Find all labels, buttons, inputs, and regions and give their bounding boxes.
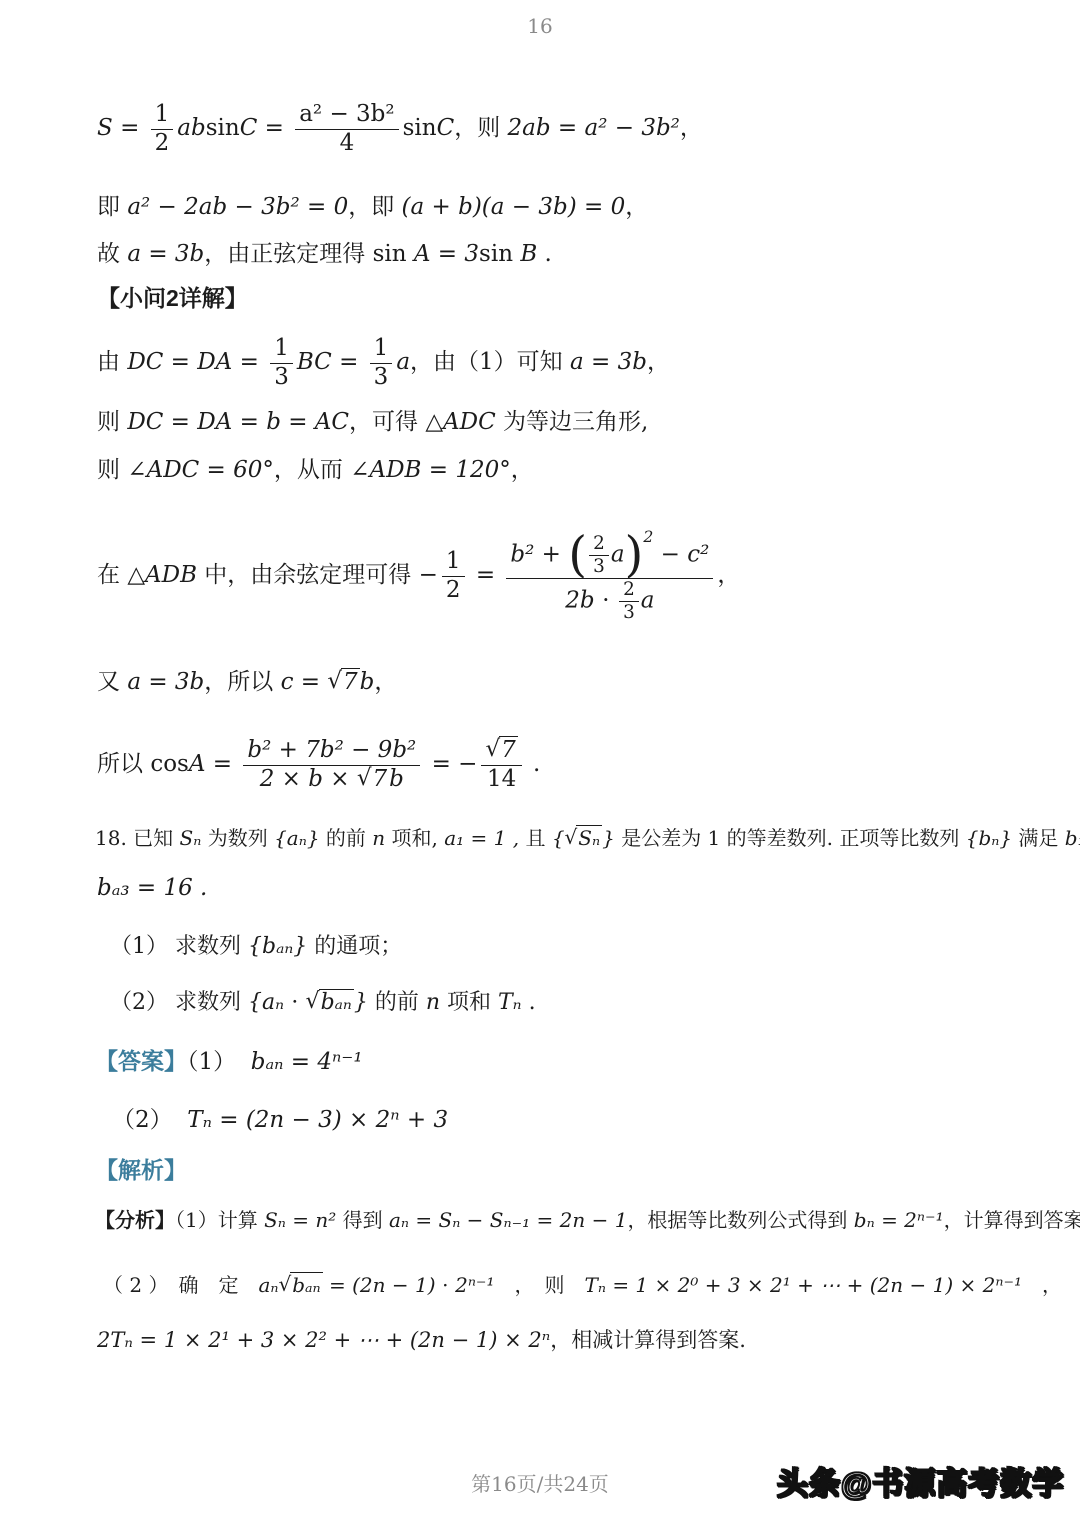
text-cn: ， <box>625 194 648 220</box>
text-cn: ， <box>680 115 703 141</box>
fraction: 12 <box>442 548 465 604</box>
text-cn: ，相减计算得到答案. <box>550 1328 746 1352</box>
text-cn: 即 <box>97 194 127 220</box>
text-cn: ， <box>374 669 397 695</box>
fraction-denominator: 2 <box>151 129 174 158</box>
analysis-part-1: 【分析】（1）计算 Sₙ = n² 得到 aₙ = Sₙ − Sₙ₋₁ = 2n… <box>95 1198 1080 1243</box>
text-cn: （1）计算 <box>175 1208 264 1232</box>
text-cn: 的通项； <box>307 934 402 959</box>
math-text: − <box>419 562 438 588</box>
math-text: ∠ADB = 120° <box>350 457 511 483</box>
radical-icon: √ <box>306 979 320 1025</box>
math-text: ab <box>177 115 205 141</box>
fraction: a² − 3b²4 <box>295 101 398 157</box>
fraction-numerator: a² − 3b² <box>295 101 398 129</box>
fraction-denominator: 3 <box>619 601 639 624</box>
math-text: DC = DA = <box>127 349 266 375</box>
fraction: 23 <box>619 579 639 624</box>
radical-icon: √ <box>278 1261 291 1307</box>
text-cn: （1） 求数列 <box>110 934 248 959</box>
math-text: DC = DA = b = AC <box>127 409 349 435</box>
fraction-numerator: √7 <box>481 737 521 765</box>
math-text: Tₙ = 1 × 2⁰ + 3 × 2¹ + ⋯ + (2n − 1) × 2ⁿ… <box>585 1273 1023 1297</box>
math-text: b² + <box>510 541 568 567</box>
text-cn: ， 则 <box>495 1273 585 1297</box>
text-cn: ，根据等比数列公式得到 <box>627 1208 853 1232</box>
math-text: bₐ₃ = 16 . <box>97 875 207 901</box>
math-text: = (2n − 1) ⋅ 2ⁿ⁻¹ <box>323 1273 495 1297</box>
right-paren: ) <box>625 534 644 577</box>
text-cn: （ 2 ） 确 定 <box>103 1273 258 1297</box>
radicand: bₐₙ <box>319 989 354 1015</box>
math-function: sin <box>479 241 520 267</box>
math-text: b₁ = 1 <box>1065 826 1080 850</box>
math-text: Tₙ = (2n − 3) × 2ⁿ + 3 <box>187 1107 448 1133</box>
math-text: (a + b)(a − 3b) = 0 <box>402 194 626 220</box>
fraction-denominator: 4 <box>295 129 398 158</box>
watermark-badge: 头条@书源高考数学 <box>777 1458 1064 1503</box>
step-c-value: 又 a = 3b，所以 c = √7b， <box>97 662 397 702</box>
text-cn: ， <box>511 457 534 483</box>
radical-icon: √ <box>565 815 578 859</box>
problem-18-part-1: （1） 求数列 {bₐₙ} 的通项； <box>110 925 402 969</box>
math-text: aₙ = Sₙ − Sₙ₋₁ = 2n − 1 <box>389 1208 627 1232</box>
math-text: { <box>552 826 565 850</box>
math-text: Sₙ <box>180 826 202 850</box>
math-text: b <box>389 766 404 792</box>
equation-cos-a: 所以 cosA = b² + 7b² − 9b²2 × b × √7b = −√… <box>97 722 540 806</box>
text-cn: ，所以 <box>204 669 280 695</box>
math-text: {bₙ} <box>966 826 1012 850</box>
math-text: C <box>437 115 455 141</box>
math-text: . <box>526 751 541 777</box>
problem-18-part-2: （2） 求数列 {aₙ ⋅ √bₐₙ} 的前 n 项和 Tₙ . <box>110 980 536 1026</box>
text-cn: 得到 <box>336 1208 389 1232</box>
math-text: aₙ <box>258 1273 278 1297</box>
answer-label: 【答案】 <box>95 1048 187 1074</box>
analysis-label: 【解析】 <box>95 1157 187 1183</box>
text-cn: ， <box>1022 1273 1062 1297</box>
text-cn: 则 <box>97 409 127 435</box>
math-text: a = 3b <box>127 241 204 267</box>
math-text: . <box>537 241 552 267</box>
conclusion-sine-rule: 故 a = 3b，由正弦定理得 sin A = 3sin B . <box>97 236 552 272</box>
math-text: a <box>641 588 655 614</box>
math-text: a² − 2ab − 3b² = 0 <box>127 194 348 220</box>
math-text: a = 3b <box>127 669 204 695</box>
analysis-part-2b: 2Tₙ = 1 × 2¹ + 3 × 2² + ⋯ + (2n − 1) × 2… <box>97 1318 746 1362</box>
text-cn: ，从而 <box>274 457 350 483</box>
math-text: C = <box>240 115 292 141</box>
math-text: {aₙ} <box>274 826 319 850</box>
text-cn: ，则 <box>454 115 507 141</box>
text-cn: 则 <box>97 457 127 483</box>
equation-cosine-rule: 在 △ADB 中，由余弦定理可得 −12 = b² + (23a)2 − c²2… <box>97 500 740 650</box>
radicand: bₐₙ <box>290 1272 322 1297</box>
problem-18-statement: 18. 已知 Sₙ 为数列 {aₙ} 的前 n 项和, a₁ = 1 , 且 {… <box>95 816 1080 860</box>
text-cn: 是公差为 1 的等差数列. 正项等比数列 <box>615 826 966 850</box>
math-text: . <box>522 990 536 1015</box>
math-text: BC = <box>297 349 366 375</box>
text-cn: ， <box>647 349 670 375</box>
math-text: 2 × b × <box>260 766 357 792</box>
text-cn: （2） 求数列 <box>110 990 248 1015</box>
equation-area-formula: S = 12absinC = a² − 3b²4sinC，则 2ab = a² … <box>97 88 703 168</box>
radical-icon: √ <box>357 765 372 793</box>
radical-icon: √ <box>485 736 500 764</box>
math-text: } <box>602 826 615 850</box>
section-label-subquestion-2: 【小问2详解】 <box>97 283 248 314</box>
fraction-numerator: 2 <box>589 533 609 555</box>
math-text: {bₐₙ} <box>248 934 307 959</box>
math-text: ∠ADC = 60° <box>127 457 274 483</box>
square-root: √7 <box>327 662 359 702</box>
big-fraction: b² + 7b² − 9b²2 × b × √7b <box>243 737 420 793</box>
text-cn: 项和, <box>385 826 444 850</box>
superscript: 2 <box>643 528 653 547</box>
text-cn: ，可得 <box>349 409 425 435</box>
step-dc-da: 由 DC = DA = 13BC = 13a，由（1）可知 a = 3b， <box>97 328 670 396</box>
fraction-denominator: 14 <box>481 765 521 794</box>
problem-number: 18. <box>95 826 127 850</box>
math-text: = <box>469 562 503 588</box>
fraction-denominator: 2b ⋅ 23a <box>506 578 713 624</box>
analysis-part-2a: （ 2 ） 确 定 aₙ√bₐₙ = (2n − 1) ⋅ 2ⁿ⁻¹ ， 则 T… <box>103 1262 1062 1308</box>
fraction: 13 <box>370 335 393 391</box>
left-paren: ( <box>568 534 587 577</box>
answer-line-2: （2） Tₙ = (2n − 3) × 2ⁿ + 3 <box>112 1100 448 1140</box>
fraction-numerator: 1 <box>151 101 174 129</box>
text-cn: 所以 <box>97 751 150 777</box>
step-angles: 则 ∠ADC = 60°，从而 ∠ADB = 120°， <box>97 452 534 488</box>
fraction: √714 <box>481 737 521 793</box>
text-cn: 的前 <box>368 990 426 1015</box>
breakdown-label: 【分析】 <box>95 1210 175 1232</box>
fraction-numerator: 1 <box>442 548 465 576</box>
equation-factored: 即 a² − 2ab − 3b² = 0，即 (a + b)(a − 3b) =… <box>97 186 648 228</box>
text-cn: 在 <box>97 562 127 588</box>
math-text: } <box>354 990 368 1015</box>
math-text: − c² <box>653 541 709 567</box>
step-equilateral: 则 DC = DA = b = AC，可得 △ADC 为等边三角形, <box>97 403 648 441</box>
text-cn: 又 <box>97 669 127 695</box>
math-text: 2ab = a² − 3b² <box>508 115 680 141</box>
radicand: 7 <box>499 736 518 763</box>
math-text: c = <box>281 669 328 695</box>
math-text: {aₙ ⋅ <box>248 990 306 1015</box>
document-page: 16 S = 12absinC = a² − 3b²4sinC，则 2ab = … <box>0 0 1080 1523</box>
math-text: a = 3b <box>570 349 647 375</box>
fraction-numerator: 1 <box>270 335 293 363</box>
fraction: 13 <box>270 335 293 391</box>
text-cn: 项和 <box>440 990 498 1015</box>
math-function: sin <box>206 115 240 141</box>
text-cn: ，计算得到答案. <box>944 1208 1080 1232</box>
text-cn: 已知 <box>127 826 180 850</box>
radicand: 7 <box>371 765 390 792</box>
math-text: ADB <box>145 562 197 588</box>
math-text: = − <box>424 751 477 777</box>
fraction-numerator: 2 <box>619 579 639 601</box>
math-text: bₙ = 2ⁿ⁻¹ <box>854 1208 944 1232</box>
radicand: Sₙ <box>576 825 602 850</box>
fraction-denominator: 2 × b × √7b <box>243 765 420 794</box>
square-root: √bₐₙ <box>278 1262 322 1308</box>
text-cn: （2） <box>112 1107 187 1133</box>
math-function: sin <box>403 115 437 141</box>
fraction-denominator: 3 <box>370 363 393 392</box>
text-cn: 且 <box>525 826 551 850</box>
radical-icon: √ <box>327 661 342 701</box>
fraction-denominator: 3 <box>270 363 293 392</box>
text-cn: ，由正弦定理得 <box>204 241 372 267</box>
math-text: 2Tₙ = 1 × 2¹ + 3 × 2² + ⋯ + (2n − 1) × 2… <box>97 1328 550 1352</box>
text-cn: （1） <box>187 1049 251 1075</box>
math-text: b <box>360 669 375 695</box>
math-text: a <box>611 541 625 567</box>
text-cn: 的前 <box>320 826 373 850</box>
math-text: Sₙ = n² <box>264 1208 336 1232</box>
math-text: bₐₙ = 4ⁿ⁻¹ <box>251 1049 363 1075</box>
square-root: √7 <box>485 737 517 765</box>
big-fraction: b² + (23a)2 − c²2b ⋅ 23a <box>506 528 713 624</box>
math-text: a₁ = 1 , <box>444 826 525 850</box>
fraction-denominator: 2 <box>442 576 465 605</box>
math-function: sin <box>373 241 414 267</box>
math-text: n <box>372 826 385 850</box>
fraction-numerator: b² + (23a)2 − c² <box>506 528 713 578</box>
math-text: b² + 7b² − 9b² <box>247 737 416 763</box>
math-text: A = <box>189 751 240 777</box>
square-root: √7 <box>357 766 389 794</box>
math-text: Tₙ <box>498 990 522 1015</box>
fraction-numerator: b² + 7b² − 9b² <box>243 737 420 765</box>
math-text: A = 3 <box>414 241 479 267</box>
text-cn: ，即 <box>348 194 401 220</box>
page-number-top: 16 <box>0 14 1080 38</box>
fraction-denominator: 3 <box>589 555 609 578</box>
triangle-symbol: △ <box>425 409 443 435</box>
text-cn: 由 <box>97 349 127 375</box>
problem-18-condition: bₐ₃ = 16 . <box>97 866 207 910</box>
subquestion-label: 【小问2详解】 <box>97 285 248 311</box>
math-text: ADC <box>443 409 496 435</box>
section-label-analysis: 【解析】 <box>95 1153 187 1188</box>
triangle-symbol: △ <box>127 562 145 588</box>
fraction: 12 <box>151 101 174 157</box>
fraction: 23 <box>589 533 609 578</box>
text-cn: 故 <box>97 241 127 267</box>
text-cn: ， <box>717 562 740 588</box>
answer-line-1: 【答案】（1） bₐₙ = 4ⁿ⁻¹ <box>95 1040 363 1083</box>
math-function: cos <box>150 751 189 777</box>
fraction-numerator: 1 <box>370 335 393 363</box>
square-root: √bₐₙ <box>306 980 354 1026</box>
text-cn: 满足 <box>1012 826 1065 850</box>
math-text: S = <box>97 115 147 141</box>
math-text: a <box>396 349 410 375</box>
text-cn: 为等边三角形, <box>496 409 649 435</box>
radicand: 7 <box>341 668 360 695</box>
math-text: 2b ⋅ <box>565 588 617 614</box>
text-cn: ，由（1）可知 <box>410 349 570 375</box>
square-root: √Sₙ <box>565 816 603 860</box>
math-text: n <box>426 990 440 1015</box>
text-cn: 为数列 <box>201 826 274 850</box>
math-text: B <box>520 241 537 267</box>
text-cn: 中，由余弦定理可得 <box>197 562 419 588</box>
